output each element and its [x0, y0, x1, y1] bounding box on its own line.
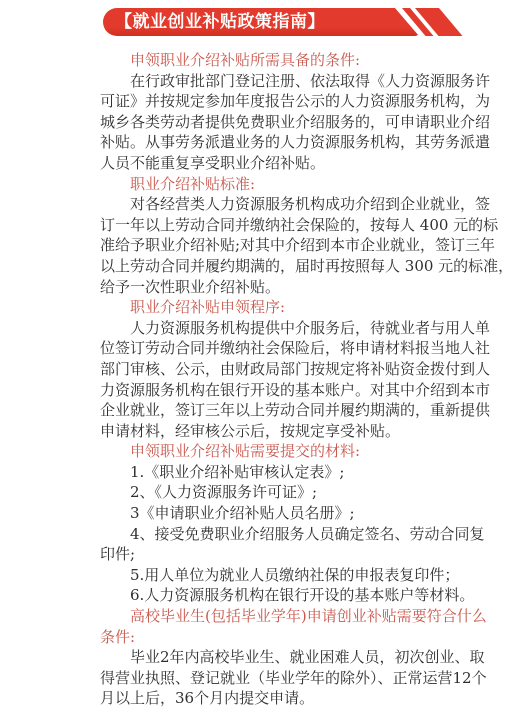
paragraph: 在行政审批部门登记注册、依法取得《人力资源服务许 可证》并按规定参加年度报告公示…	[100, 71, 500, 174]
section-heading: 职业介绍补贴申领程序:	[100, 297, 500, 318]
list-item: 1.《职业介绍补贴审核认定表》;	[100, 462, 500, 483]
title-banner: 【就业创业补贴政策指南】	[103, 8, 473, 36]
section-required-materials: 申领职业介绍补贴需要提交的材料: 1.《职业介绍补贴审核认定表》; 2、《人力资…	[100, 441, 500, 606]
list-item: 4、接受免费职业介绍服务人员确定签名、劳动合同复 印件;	[100, 524, 500, 565]
paragraph: 对各经营类人力资源服务机构成功介绍到企业就业，签 订一年以上劳动合同并缴纳社会保…	[100, 194, 500, 297]
list-item: 6.人力资源服务机构在银行开设的基本账户等材料。	[100, 585, 500, 606]
banner-ribbon: 【就业创业补贴政策指南】	[103, 8, 419, 36]
section-heading: 职业介绍补贴标准:	[100, 174, 500, 195]
list-item: 3《申请职业介绍补贴人员名册》;	[100, 503, 500, 524]
section-heading: 高校毕业生(包括毕业学年)申请创业补贴需要符合什么 条件:	[100, 606, 500, 647]
section-heading: 申领职业介绍补贴需要提交的材料:	[100, 441, 500, 462]
list-item: 5.用人单位为就业人员缴纳社保的申报表复印件；	[100, 565, 500, 586]
section-conditions: 申领职业介绍补贴所需具备的条件: 在行政审批部门登记注册、依法取得《人力资源服务…	[100, 50, 500, 174]
list-item: 2、《人力资源服务许可证》;	[100, 482, 500, 503]
document-content: 申领职业介绍补贴所需具备的条件: 在行政审批部门登记注册、依法取得《人力资源服务…	[100, 50, 500, 709]
section-graduate-startup-subsidy: 高校毕业生(包括毕业学年)申请创业补贴需要符合什么 条件: 毕业2年内高校毕业生…	[100, 606, 500, 709]
section-application-procedure: 职业介绍补贴申领程序: 人力资源服务机构提供中介服务后，待就业者与用人单 位签订…	[100, 297, 500, 441]
paragraph: 毕业2年内高校毕业生、就业困难人员，初次创业、取 得营业执照、登记就业（毕业学年…	[100, 647, 500, 709]
section-heading: 申领职业介绍补贴所需具备的条件:	[100, 50, 500, 71]
paragraph: 人力资源服务机构提供中介服务后，待就业者与用人单 位签订劳动合同并缴纳社会保险后…	[100, 318, 500, 442]
section-subsidy-standard: 职业介绍补贴标准: 对各经营类人力资源服务机构成功介绍到企业就业，签 订一年以上…	[100, 174, 500, 298]
page-title: 【就业创业补贴政策指南】	[115, 8, 325, 36]
